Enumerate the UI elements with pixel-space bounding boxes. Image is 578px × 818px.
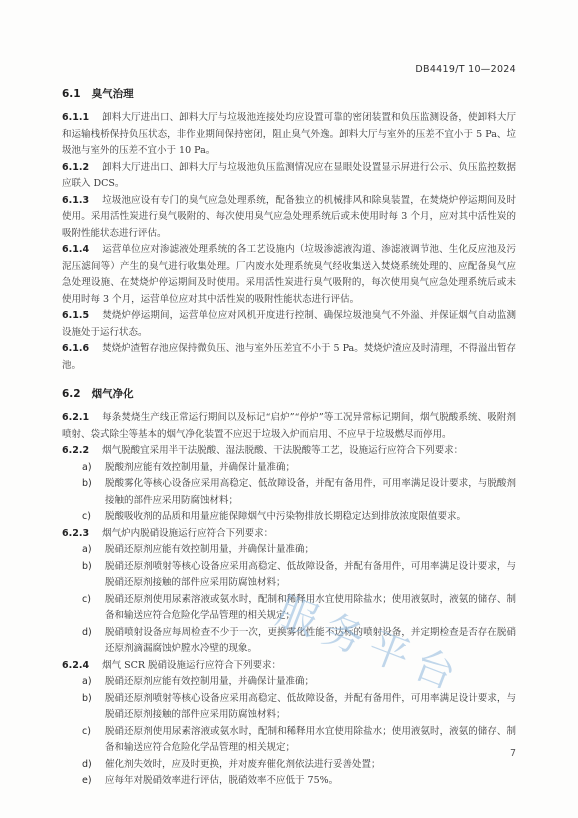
section-title: 臭气治理 [92,88,134,100]
clause-number: 6.1.2 [62,162,89,173]
item-label: b) [82,476,105,509]
item-text: 脱硝还原剂使用尿素溶液或氨水时，配制和稀释用水宜使用除盐水；使用液氨时，液氨的储… [105,724,516,757]
item-text: 脱酸剂应能有效控制用量，并确保计量准确； [105,460,516,477]
item-label: e) [82,773,105,790]
item-text: 应每年对脱硝效率进行评估，脱硝效率不应低于 75%。 [105,773,516,790]
clause-number: 6.2.2 [62,445,89,456]
item-label: a) [82,674,105,691]
clause-text: 烟气炉内脱硝设施运行应符合下列要求： [102,528,273,539]
item-label: a) [82,460,105,477]
list-item: d)催化剂失效时，应及时更换，并对废弃催化剂依法进行妥善处置； [62,757,516,774]
list-item: c)脱硝还原剂使用尿素溶液或氨水时，配制和稀释用水宜使用除盐水；使用液氨时，液氨… [62,724,516,757]
list-item: a)脱硝还原剂应能有效控制用量，并确保计量准确； [62,542,516,559]
clause-6-1-6: 6.1.6焚烧炉渣暂存池应保持微负压、池与室外压差宜不小于 5 Pa。焚烧炉渣应… [62,341,516,374]
item-text: 脱酸雾化等核心设备应采用高稳定、低故障设备，并配有备用件，可用率满足设计要求，与… [105,476,516,509]
clause-6-2-2: 6.2.2烟气脱酸宜采用半干法脱酸、湿法脱酸、干法脱酸等工艺，设施运行应符合下列… [62,443,516,460]
document-page: DB4419/T 10—2024 6.1臭气治理 6.1.1卸料大厅进出口、卸料… [0,0,578,818]
item-text: 脱硝还原剂喷射等核心设备应采用高稳定、低故障设备，并配有备用件，可用率满足设计要… [105,559,516,592]
clause-number: 6.2.1 [62,412,89,423]
item-label: c) [82,509,105,526]
clause-number: 6.1.1 [62,112,89,123]
item-text: 脱硝还原剂使用尿素溶液或氨水时，配制和稀释用水宜使用除盐水；使用液氨时，液氨的储… [105,592,516,625]
clause-text: 卸料大厅进出口、卸料大厅与垃圾池连接处均应设置可靠的密闭装置和负压监测设备，使卸… [62,112,516,156]
list-item: c)脱硝还原剂使用尿素溶液或氨水时，配制和稀释用水宜使用除盐水；使用液氨时，液氨… [62,592,516,625]
clause-6-1-3: 6.1.3垃圾池应设有专门的臭气应急处理系统，配备独立的机械排风和除臭装置，在焚… [62,193,516,243]
clause-6-1-4: 6.1.4运营单位应对渗滤液处理系统的各工艺设施内（垃圾渗滤液沟道、渗滤液调节池… [62,242,516,308]
section-title: 烟气净化 [92,388,134,400]
section-heading-6-2: 6.2烟气净化 [62,386,516,401]
list-item: c)脱酸吸收剂的品质和用量应能保障烟气中污染物排放长期稳定达到排放浓度限值要求。 [62,509,516,526]
document-number: DB4419/T 10—2024 [415,64,516,75]
clause-text: 每条焚烧生产线正常运行期间以及标记“启炉”“停炉”等工况异常标记期间，烟气脱酸系… [62,412,516,440]
clause-number: 6.1.5 [62,310,89,321]
clause-number: 6.1.4 [62,244,89,255]
list-item: a)脱酸剂应能有效控制用量，并确保计量准确； [62,460,516,477]
section-heading-6-1: 6.1臭气治理 [62,86,516,101]
clause-text: 运营单位应对渗滤液处理系统的各工艺设施内（垃圾渗滤液沟道、渗滤液调节池、生化反应… [62,244,516,305]
section-number: 6.1 [62,88,81,100]
clause-number: 6.2.4 [62,660,89,671]
list-item: b)脱酸雾化等核心设备应采用高稳定、低故障设备，并配有备用件，可用率满足设计要求… [62,476,516,509]
item-label: d) [82,757,105,774]
clause-number: 6.2.3 [62,528,89,539]
item-label: a) [82,542,105,559]
clause-text: 烟气脱酸宜采用半干法脱酸、湿法脱酸、干法脱酸等工艺，设施运行应符合下列要求： [102,445,463,456]
list-item: b)脱硝还原剂喷射等核心设备应采用高稳定、低故障设备，并配有备用件，可用率满足设… [62,691,516,724]
clause-6-1-5: 6.1.5焚烧炉停运期间，运营单位应对风机开度进行控制、确保垃圾池臭气不外溢、并… [62,308,516,341]
clause-6-2-4: 6.2.4烟气 SCR 脱硝设施运行应符合下列要求： [62,658,516,675]
item-label: b) [82,691,105,724]
list-item: e)应每年对脱硝效率进行评估，脱硝效率不应低于 75%。 [62,773,516,790]
clause-6-2-1: 6.2.1每条焚烧生产线正常运行期间以及标记“启炉”“停炉”等工况异常标记期间，… [62,410,516,443]
item-label: c) [82,724,105,757]
list-item: d)脱硝喷射设备应每周检查不少于一次，更换雾化性能不达标的喷射设备，并定期检查是… [62,625,516,658]
item-text: 脱酸吸收剂的品质和用量应能保障烟气中污染物排放长期稳定达到排放浓度限值要求。 [105,509,516,526]
clause-number: 6.1.6 [62,343,89,354]
item-text: 脱硝还原剂应能有效控制用量，并确保计量准确； [105,542,516,559]
page-number: 7 [510,748,516,759]
item-text: 脱硝喷射设备应每周检查不少于一次，更换雾化性能不达标的喷射设备，并定期检查是否存… [105,625,516,658]
clause-6-1-1: 6.1.1卸料大厅进出口、卸料大厅与垃圾池连接处均应设置可靠的密闭装置和负压监测… [62,110,516,160]
clause-6-2-3: 6.2.3烟气炉内脱硝设施运行应符合下列要求： [62,526,516,543]
clause-text: 烟气 SCR 脱硝设施运行应符合下列要求： [102,660,281,671]
item-text: 脱硝还原剂喷射等核心设备应采用高稳定、低故障设备，并配有备用件，可用率满足设计要… [105,691,516,724]
clause-text: 垃圾池应设有专门的臭气应急处理系统，配备独立的机械排风和除臭装置，在焚烧炉停运期… [62,195,516,239]
list-item: a)脱硝还原剂应能有效控制用量，并确保计量准确； [62,674,516,691]
item-label: d) [82,625,105,658]
item-text: 催化剂失效时，应及时更换，并对废弃催化剂依法进行妥善处置； [105,757,516,774]
clause-text: 焚烧炉停运期间，运营单位应对风机开度进行控制、确保垃圾池臭气不外溢、并保证烟气自… [62,310,516,338]
clause-number: 6.1.3 [62,195,89,206]
item-text: 脱硝还原剂应能有效控制用量，并确保计量准确； [105,674,516,691]
clause-text: 焚烧炉渣暂存池应保持微负压、池与室外压差宜不小于 5 Pa。焚烧炉渣应及时清理，… [62,343,516,371]
section-number: 6.2 [62,388,81,400]
clause-6-1-2: 6.1.2卸料大厅进出口、卸料大厅与垃圾池负压监测情况应在显眼处设置显示屏进行公… [62,160,516,193]
list-item: b)脱硝还原剂喷射等核心设备应采用高稳定、低故障设备，并配有备用件，可用率满足设… [62,559,516,592]
item-label: b) [82,559,105,592]
clause-text: 卸料大厅进出口、卸料大厅与垃圾池负压监测情况应在显眼处设置显示屏进行公示、负压监… [62,162,516,190]
document-body: 6.1臭气治理 6.1.1卸料大厅进出口、卸料大厅与垃圾池连接处均应设置可靠的密… [62,84,516,790]
item-label: c) [82,592,105,625]
